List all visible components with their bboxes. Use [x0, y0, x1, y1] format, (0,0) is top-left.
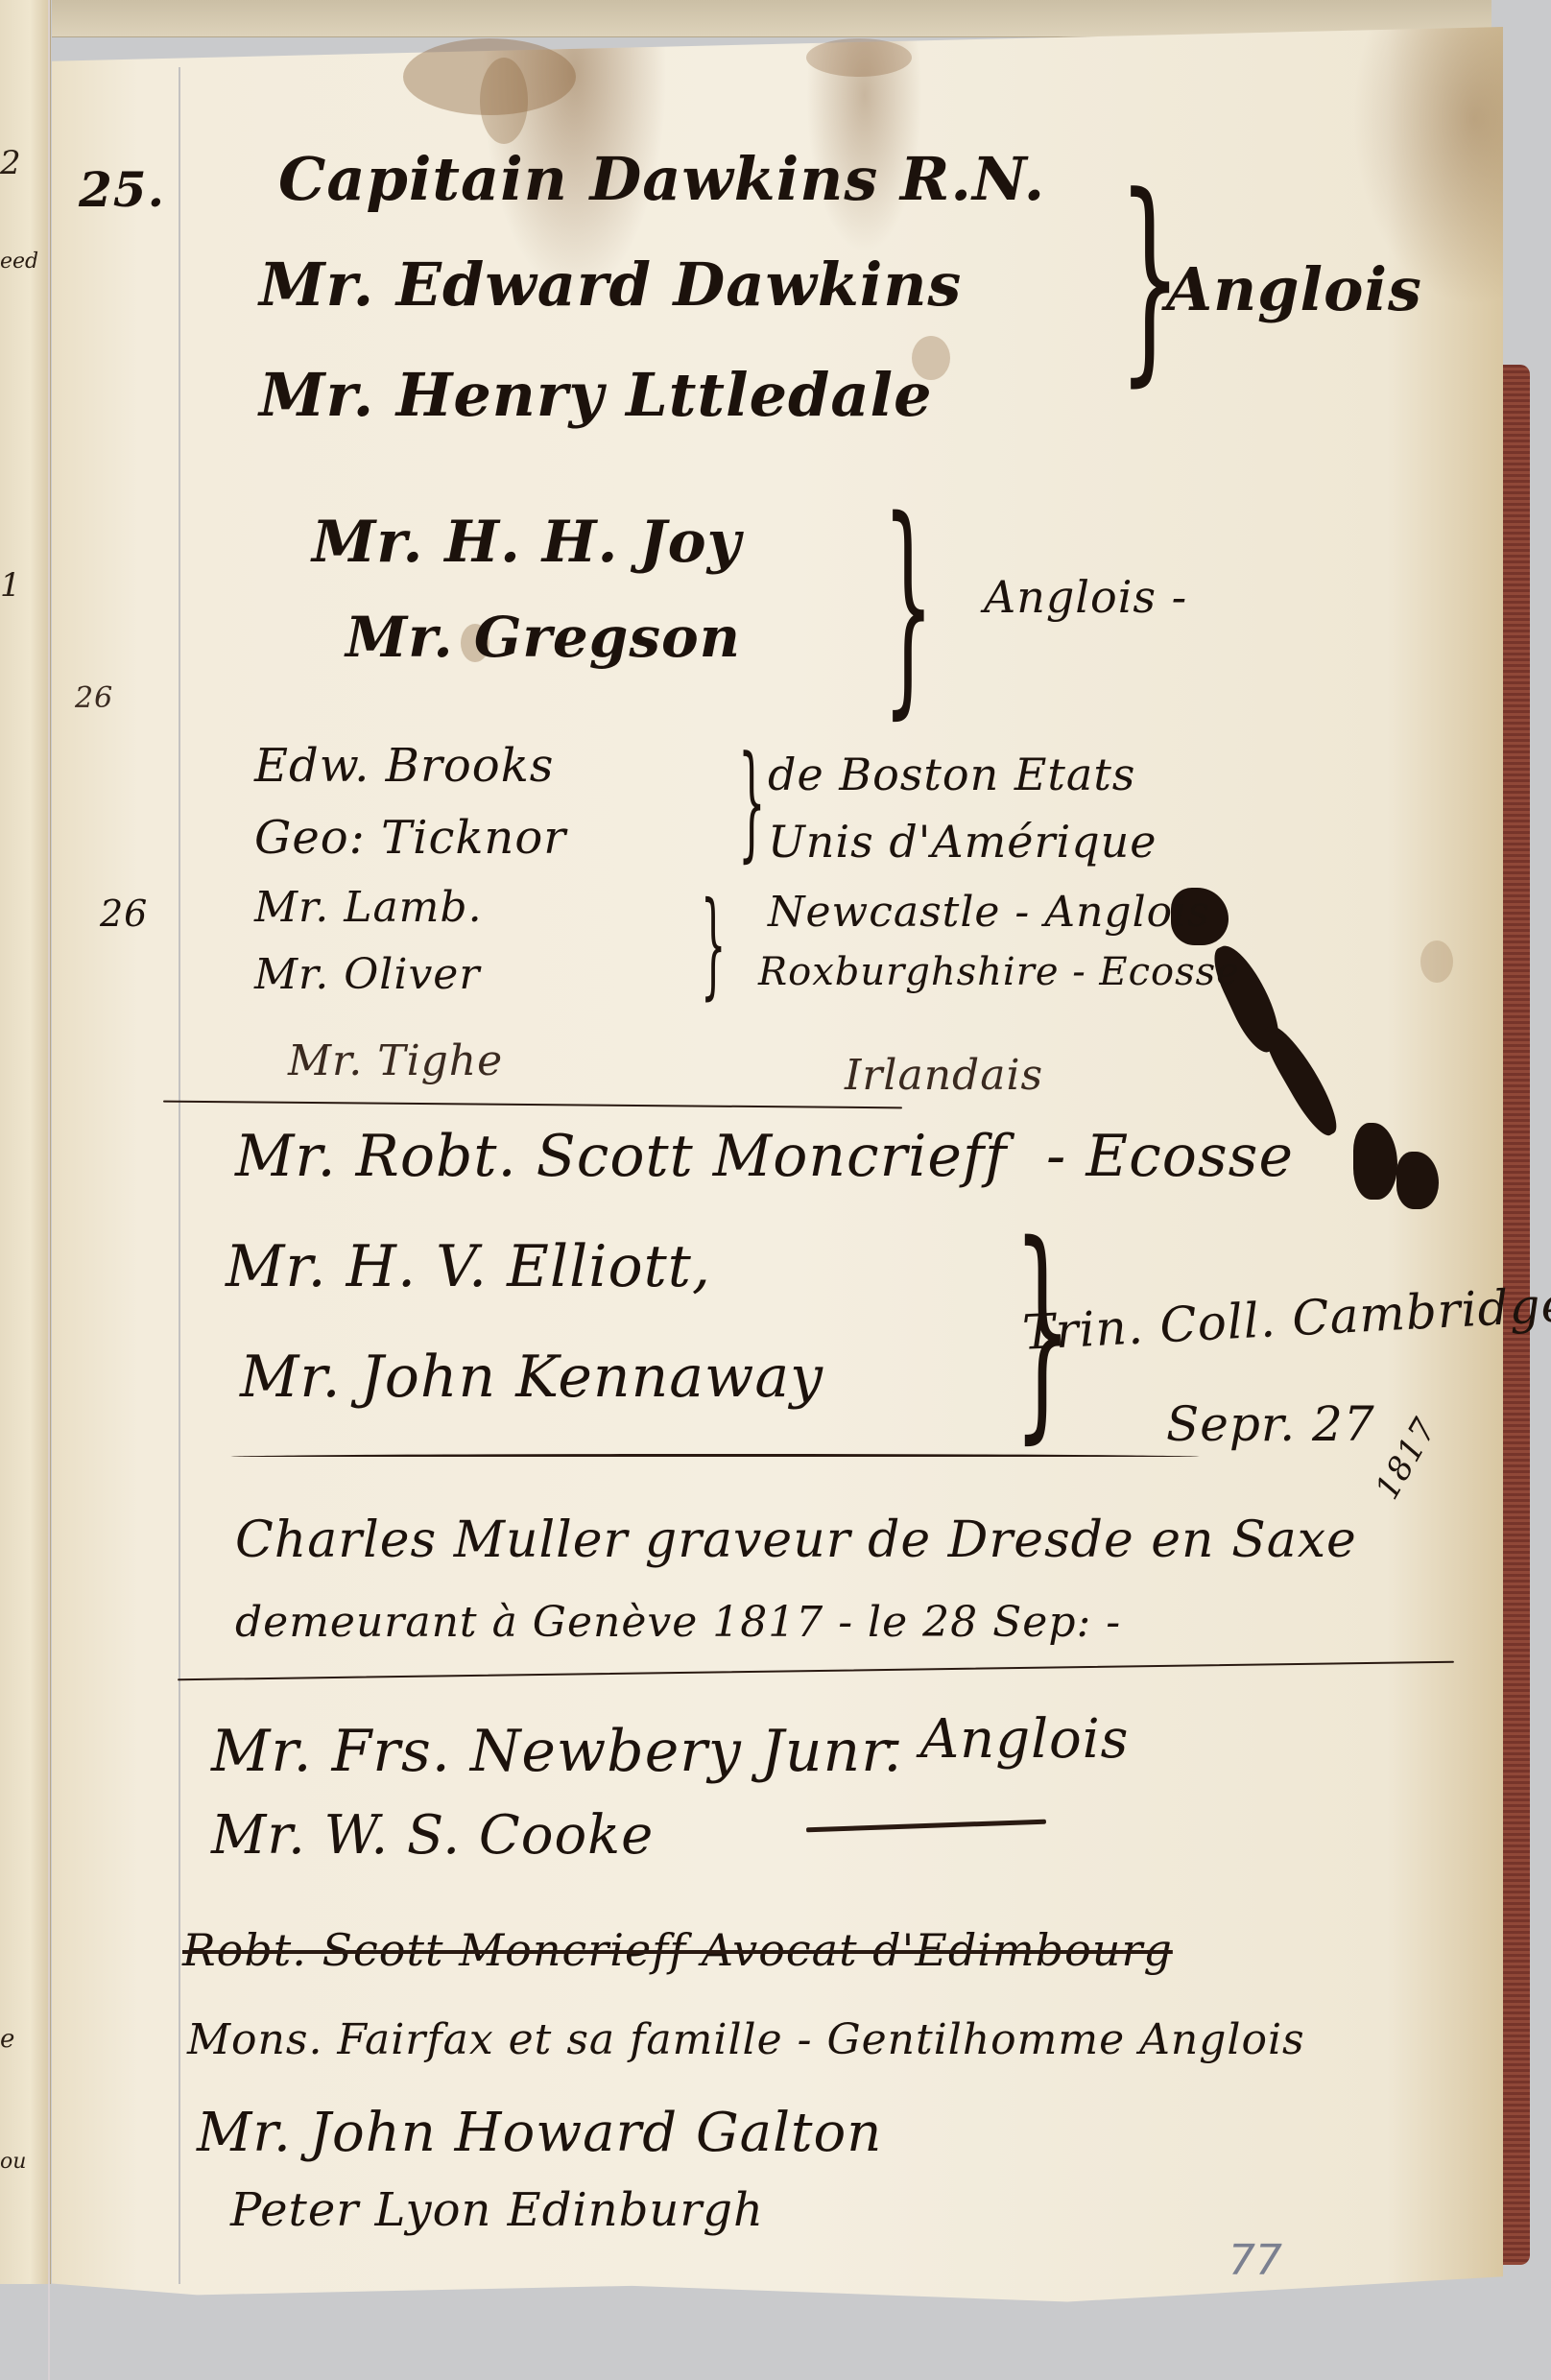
water-stain	[480, 58, 528, 144]
margin-rule	[179, 67, 180, 2284]
entry-annotation: Irlandais	[845, 1051, 1043, 1100]
gutter-line	[48, 0, 50, 2380]
struck-entry: Robt. Scott Moncrieff Avocat d'Edimbourg	[182, 1924, 1173, 1976]
left-page-fragment: eed	[0, 250, 38, 274]
entry-line: Mr. John Howard Galton	[197, 2102, 882, 2164]
entry-annotation: Roxburghshire - Ecosse	[758, 950, 1240, 994]
entry-name: Capitain Dawkins R.N.	[278, 144, 1045, 214]
entry-name: Mr. Gregson	[346, 605, 741, 670]
entry-name: Mr. H. H. Joy	[312, 509, 742, 576]
margin-date: 25.	[79, 161, 165, 218]
entry-name: Mr. Edward Dawkins	[259, 250, 962, 320]
top-flap	[52, 0, 1491, 37]
left-facing-page: 2 eed 1 e ou	[0, 0, 51, 2284]
curly-brace: }	[883, 489, 934, 720]
entry-line: demeurant à Genève 1817 - le 28 Sep: -	[235, 1598, 1121, 1647]
entry-name: Mr. Frs. Newbery Junr.	[211, 1718, 902, 1785]
separator-line	[230, 1454, 1200, 1460]
entry-annotation: Unis d'Amérique	[768, 816, 1157, 868]
entry-name: Mr. Lamb.	[254, 883, 483, 932]
entry-annotation: Newcastle - Anglois	[768, 888, 1210, 937]
page-number: 77	[1229, 2236, 1282, 2285]
entry-name: Mr. H. V. Elliott,	[226, 1233, 711, 1300]
entry-annotation: Anglois -	[984, 571, 1187, 623]
entry-name: Mr. John Kennaway	[240, 1344, 823, 1411]
entry-name: Mr. Robt. Scott Moncrieff	[235, 1123, 1007, 1190]
left-page-fragment: ou	[0, 2150, 26, 2174]
entry-name: Edw. Brooks	[254, 739, 554, 793]
ink-spot	[1420, 940, 1453, 983]
left-page-fragment: e	[0, 2025, 14, 2054]
entry-name: Geo: Ticknor	[254, 811, 566, 865]
curly-brace: }	[738, 739, 766, 864]
entry-date: Sepr. 27	[1166, 1396, 1375, 1452]
entry-line: Mons. Fairfax et sa famille - Gentilhomm…	[187, 2015, 1305, 2064]
entry-annotation: de Boston Etats	[768, 749, 1135, 800]
entry-name: Mr. W. S. Cooke	[211, 1804, 654, 1867]
entry-annotation: Anglois	[1166, 254, 1422, 324]
margin-date: 26	[100, 892, 148, 935]
entry-annotation: - Ecosse	[1046, 1123, 1294, 1190]
curly-brace: }	[701, 888, 727, 1003]
entry-name: Mr. Henry Lttledale	[259, 360, 933, 430]
entry-name: Mr. Oliver	[254, 950, 480, 999]
entry-name: Mr. Tighe	[288, 1036, 503, 1085]
entry-annotation: - Anglois	[883, 1708, 1129, 1771]
entry-line: Peter Lyon Edinburgh	[230, 2183, 764, 2237]
entry-line: Charles Muller graveur de Dresde en Saxe	[235, 1511, 1357, 1569]
margin-date: 26	[75, 681, 113, 715]
left-page-fragment: 1	[0, 566, 21, 605]
left-page-fragment: 2	[0, 144, 21, 182]
water-stain	[806, 38, 912, 77]
